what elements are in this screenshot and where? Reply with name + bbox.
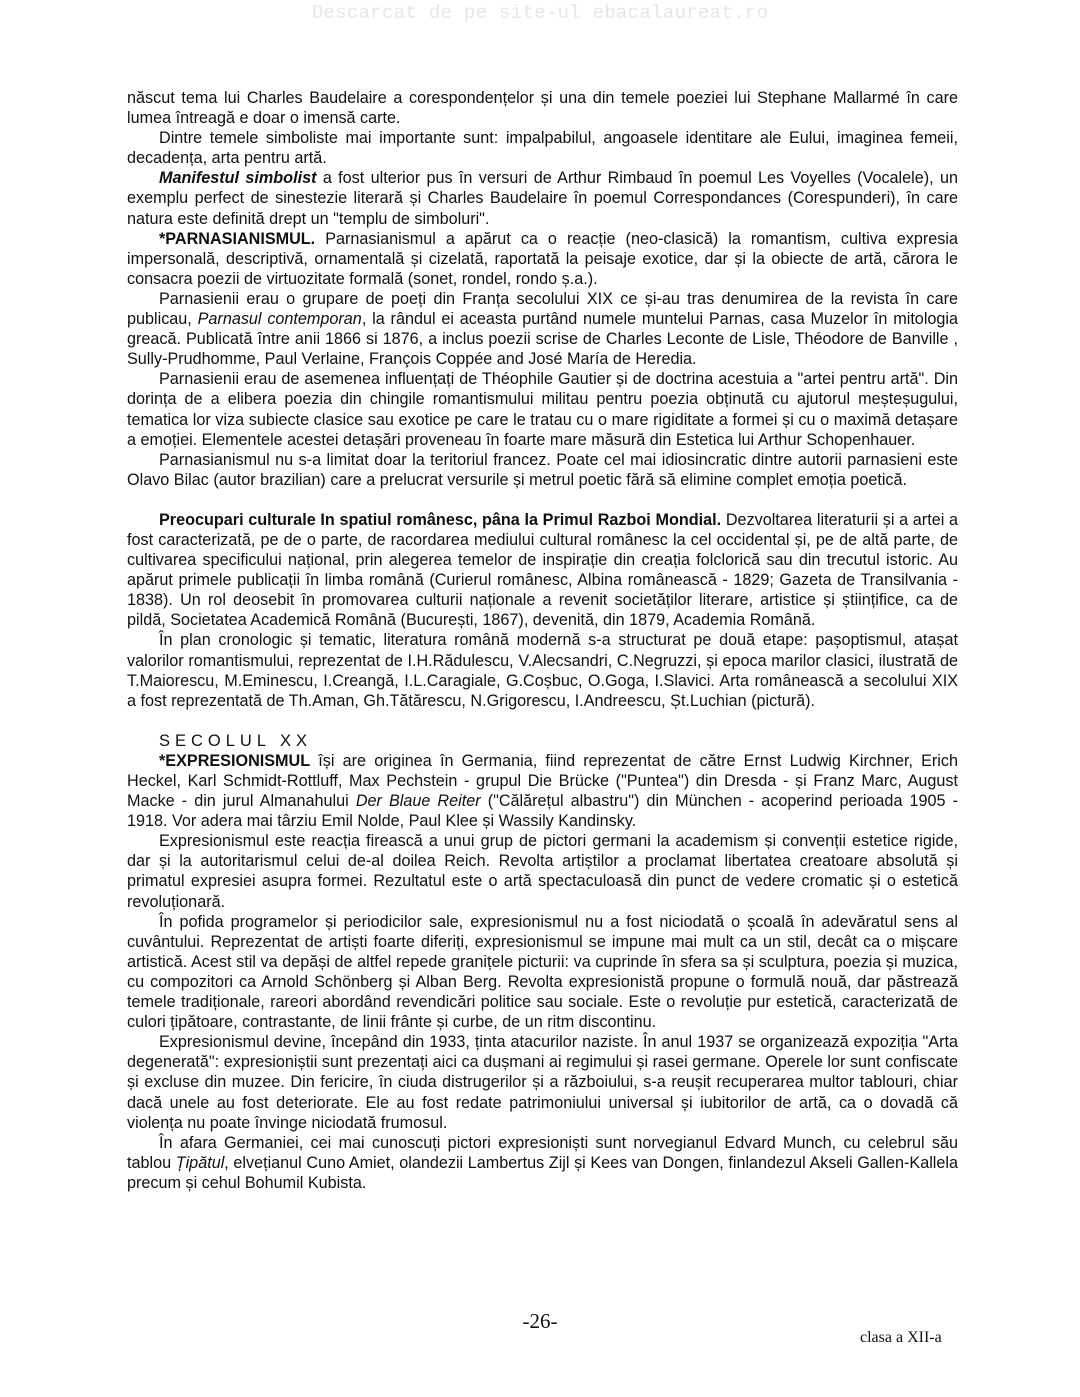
paragraph-romanian-culture: Preocupari culturale In spatiul românesc… <box>127 510 958 631</box>
paragraph-parnasians-influence: Parnasienii erau de asemenea influențați… <box>127 369 958 449</box>
paragraph-expressionism-nazi: Expresionismul devine, începând din 1933… <box>127 1032 958 1132</box>
document-page: născut tema lui Charles Baudelaire a cor… <box>127 88 958 1193</box>
paragraph-parnasianism-intro: *PARNASIANISMUL. Parnasianismul a apărut… <box>127 229 958 289</box>
section-title-secolul-xx: SECOLUL XX <box>127 731 958 751</box>
watermark: Descarcat de pe site-ul ebacalaureat.ro <box>0 2 1080 24</box>
paragraph-symbolist-themes: Dintre temele simboliste mai importante … <box>127 128 958 168</box>
title-tipatul: Țipătul <box>176 1154 225 1172</box>
paragraph-parnasians-group: Parnasienii erau o grupare de poeți din … <box>127 289 958 369</box>
paragraph-expressionism-intro: *EXPRESIONISMUL își are originea în Germ… <box>127 751 958 831</box>
paragraph-romanian-literature-stages: În plan cronologic și tematic, literatur… <box>127 630 958 710</box>
heading-expresionismul: *EXPRESIONISMUL <box>159 752 310 770</box>
paragraph-parnasianism-beyond-france: Parnasianismul nu s-a limitat doar la te… <box>127 450 958 490</box>
heading-preocupari-culturale: Preocupari culturale In spatiul românesc… <box>159 511 721 529</box>
heading-parnasianismul: *PARNASIANISMUL. <box>159 230 315 248</box>
title-der-blaue-reiter: Der Blaue Reiter <box>356 792 481 810</box>
paragraph-expressionism-outside-germany: În afara Germaniei, cei mai cunoscuți pi… <box>127 1133 958 1193</box>
paragraph-expressionism-reaction: Expresionismul este reacția firească a u… <box>127 831 958 911</box>
paragraph-expressionism-style: În pofida programelor și periodicilor sa… <box>127 912 958 1033</box>
spacer <box>127 490 958 510</box>
footer-class-label: clasa a XII-a <box>860 1329 942 1347</box>
title-parnasul-contemporan: Parnasul contemporan <box>198 310 362 328</box>
paragraph-symbolist-manifesto: Manifestul simbolist a fost ulterior pus… <box>127 168 958 228</box>
term-manifestul-simbolist: Manifestul simbolist <box>159 169 316 187</box>
spacer <box>127 711 958 731</box>
paragraph-symbolism-continuation: născut tema lui Charles Baudelaire a cor… <box>127 88 958 128</box>
